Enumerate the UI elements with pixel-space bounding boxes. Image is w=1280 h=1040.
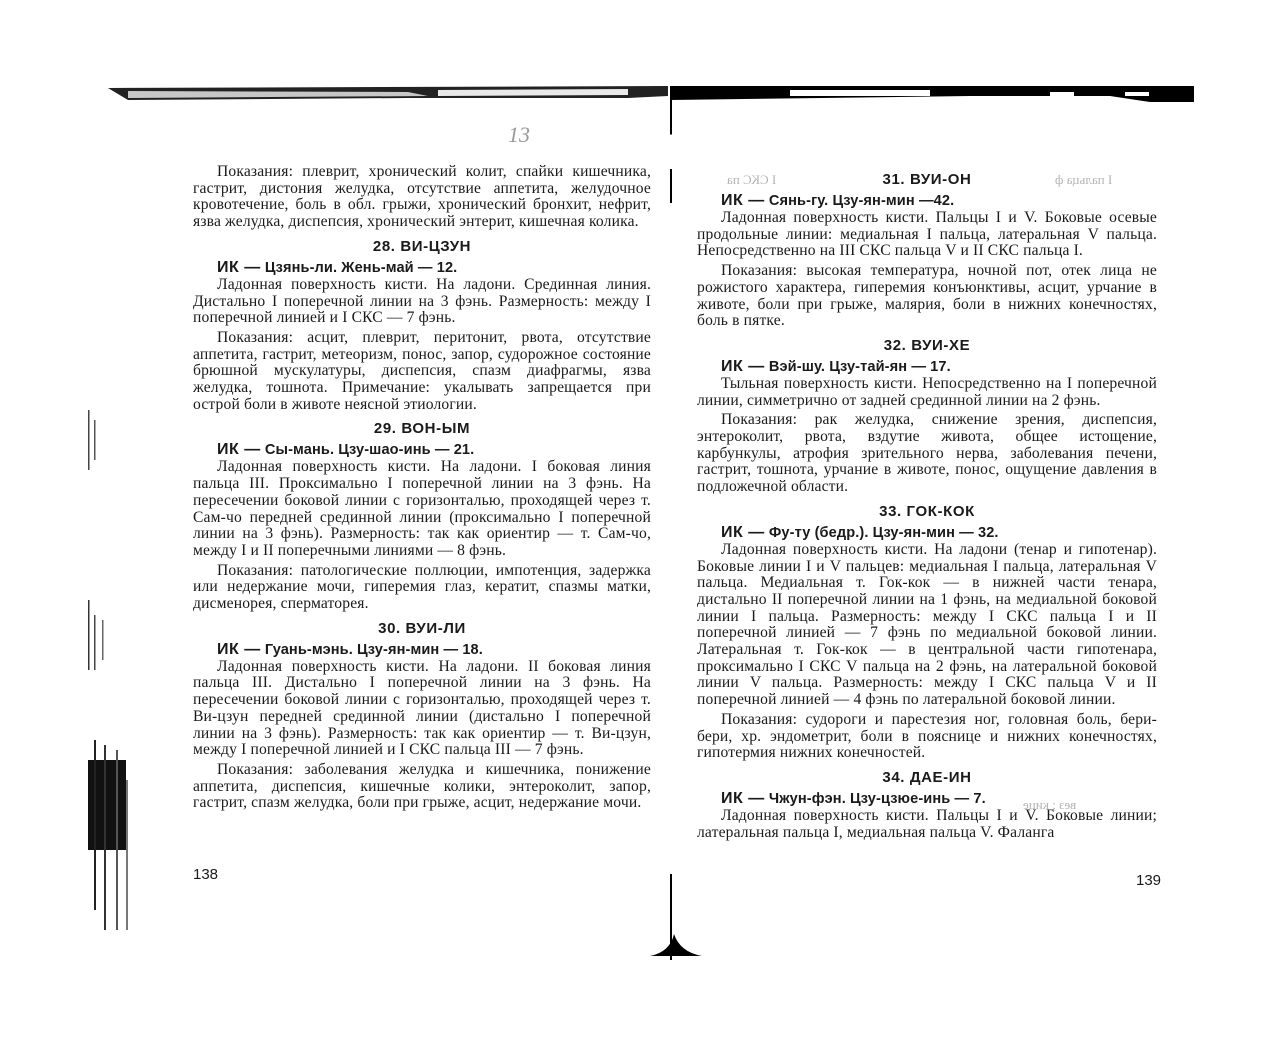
paragraph: Ладонная поверхность кисти. Пальцы I и V…: [697, 808, 1157, 841]
ik-label: ИК —: [217, 259, 261, 276]
section-heading: 29. ВОН-ЫМ: [193, 420, 651, 437]
ik-value: Фу-ту (бедр.). Цзу-ян-мин — 32.: [765, 525, 999, 541]
paragraph: Показания: высокая температура, ночной п…: [697, 263, 1157, 330]
paragraph: Показания: плеврит, хронический колит, с…: [193, 164, 651, 231]
scan-top-edge-right: [670, 86, 1194, 104]
paragraph: Показания: патологические поллюции, импо…: [193, 563, 651, 613]
ik-label: ИК —: [217, 441, 261, 458]
paragraph: Показания: асцит, плеврит, перитонит, рв…: [193, 330, 651, 414]
page-number-right: 139: [1136, 872, 1161, 889]
page-number-left: 138: [193, 866, 218, 883]
book-spine: [667, 100, 675, 960]
ik-label: ИК —: [721, 524, 765, 541]
paragraph: Показания: рак желудка, снижение зрения,…: [697, 412, 1157, 496]
paragraph: Показания: заболевания желудка и кишечни…: [193, 762, 651, 812]
ik-value: Вэй-шу. Цзу-тай-ян — 17.: [765, 359, 951, 375]
paragraph: Ладонная поверхность кисти. На ладони. I…: [193, 459, 651, 559]
ik-label: ИК —: [721, 192, 765, 209]
point-correspondence: ИК — Цзянь-ли. Жень-май — 12.: [193, 259, 651, 277]
right-page: 31. ВУИ-ОНИК — Сянь-гу. Цзу-ян-мин —42.Л…: [697, 164, 1157, 841]
scan-edge-noise: [86, 400, 136, 940]
section-heading: 28. ВИ-ЦЗУН: [193, 238, 651, 255]
paragraph: Тыльная поверхность кисти. Непосредствен…: [697, 376, 1157, 409]
section-heading: 34. ДАЕ-ИН: [697, 769, 1157, 786]
point-correspondence: ИК — Фу-ту (бедр.). Цзу-ян-мин — 32.: [697, 524, 1157, 542]
ik-value: Сянь-гу. Цзу-ян-мин —42.: [765, 193, 955, 209]
section-heading: 33. ГОК-КОК: [697, 503, 1157, 520]
ik-value: Цзянь-ли. Жень-май — 12.: [261, 260, 458, 276]
ik-value: Чжун-фэн. Цзу-цзюе-инь — 7.: [765, 791, 986, 807]
scan-top-edge-left: [108, 86, 668, 104]
spine-shadow: [640, 930, 710, 958]
point-correspondence: ИК — Гуань-мэнь. Цзу-ян-мин — 18.: [193, 641, 651, 659]
point-correspondence: ИК — Вэй-шу. Цзу-тай-ян — 17.: [697, 358, 1157, 376]
paragraph: Ладонная поверхность кисти. На ладони. I…: [193, 659, 651, 759]
section-heading: 31. ВУИ-ОН: [697, 171, 1157, 188]
paragraph: Ладонная поверхность кисти. На ладони. С…: [193, 277, 651, 327]
ik-value: Сы-мань. Цзу-шао-инь — 21.: [261, 442, 475, 458]
paragraph: Ладонная поверхность кисти. На ладони (т…: [697, 542, 1157, 709]
point-correspondence: ИК — Сы-мань. Цзу-шао-инь — 21.: [193, 441, 651, 459]
point-correspondence: ИК — Сянь-гу. Цзу-ян-мин —42.: [697, 192, 1157, 210]
pencil-mark: 13: [508, 122, 530, 148]
ik-value: Гуань-мэнь. Цзу-ян-мин — 18.: [261, 642, 483, 658]
section-heading: 30. ВУИ-ЛИ: [193, 620, 651, 637]
ik-label: ИК —: [721, 790, 765, 807]
ik-label: ИК —: [217, 641, 261, 658]
left-page: Показания: плеврит, хронический колит, с…: [193, 164, 651, 812]
paragraph: Показания: судороги и парестезия ног, го…: [697, 712, 1157, 762]
point-correspondence: ИК — Чжун-фэн. Цзу-цзюе-инь — 7.: [697, 790, 1157, 808]
paragraph: Ладонная поверхность кисти. Пальцы I и V…: [697, 210, 1157, 260]
section-heading: 32. ВУИ-ХЕ: [697, 337, 1157, 354]
ik-label: ИК —: [721, 358, 765, 375]
